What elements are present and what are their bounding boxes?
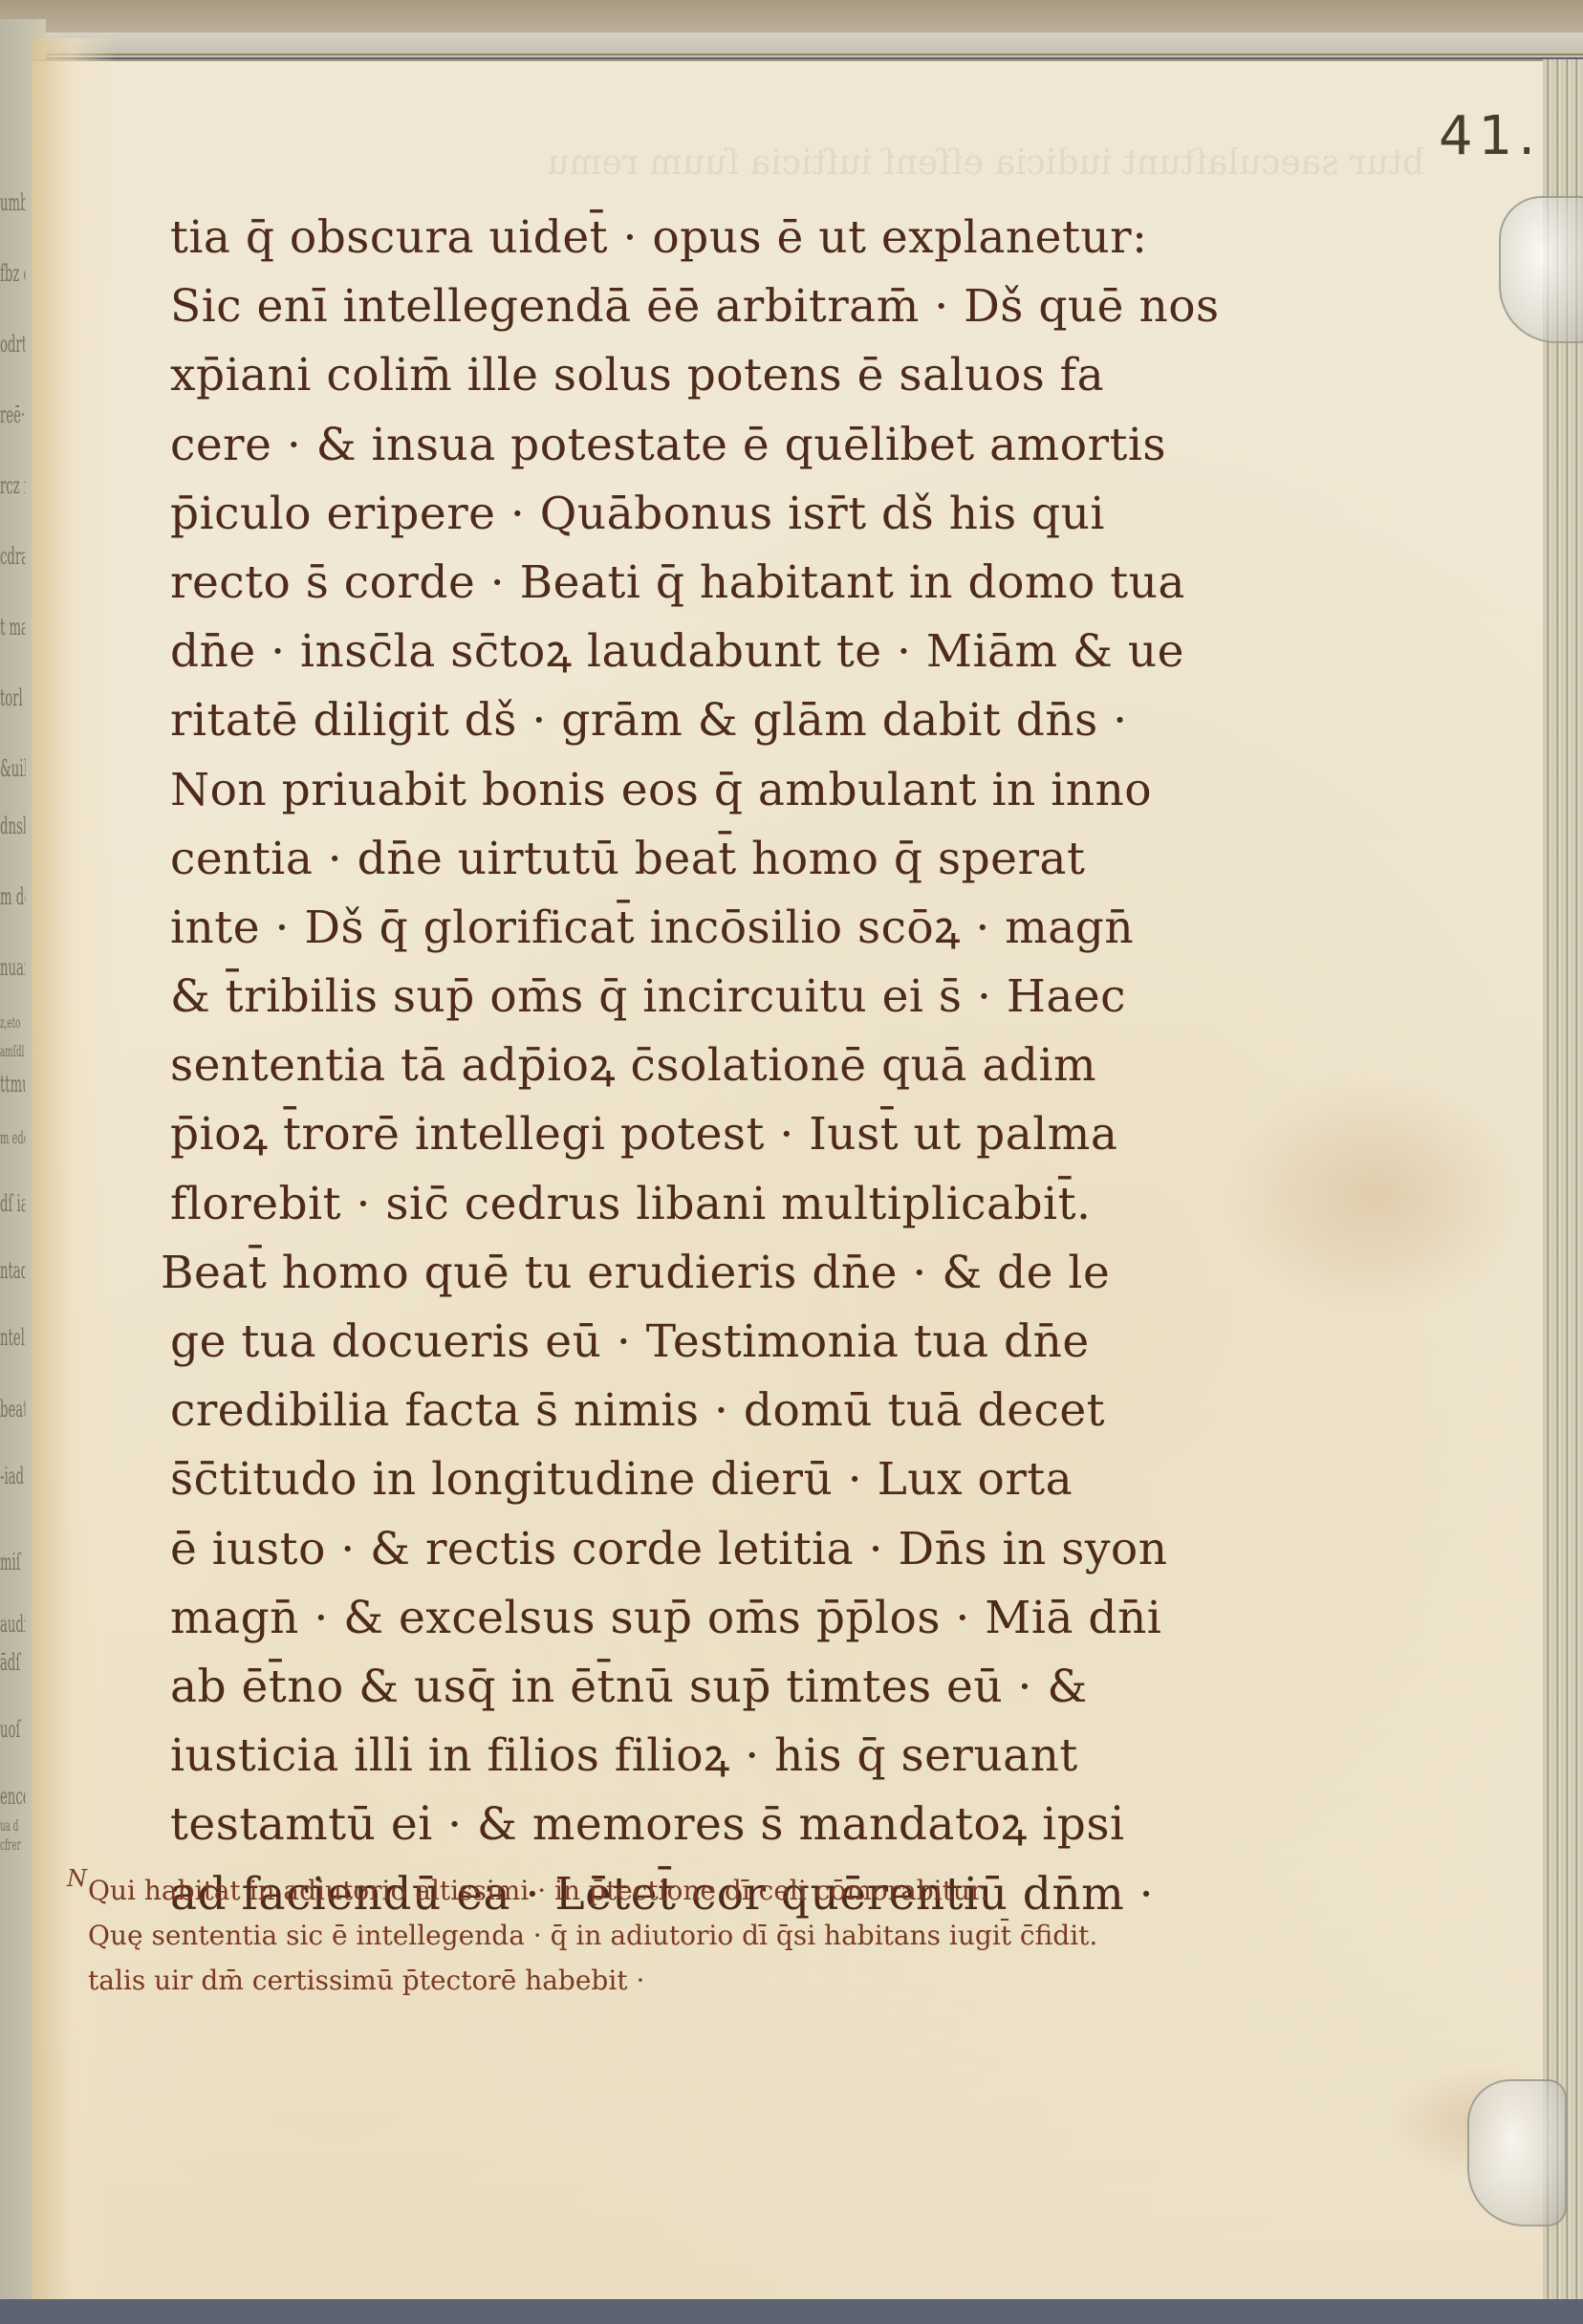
glass-page-weight-bottom [1467,2079,1567,2226]
facing-page-fragment: ntell [0,1324,25,1351]
text-line: xp̄iani colim̄ ille solus potens ē saluo… [170,341,1260,410]
text-line: florebit · sic̄ cedrus libani multiplica… [170,1170,1260,1239]
text-line: & t̄ribilis sup̄ om̄s q̄ incircuitu ei s… [170,963,1260,1032]
facing-page-fragment: miſ [0,1549,25,1575]
facing-page-fragment: rcz m [0,472,25,499]
facing-page-fragment: ttmu [0,1071,25,1097]
facing-page-fragment: reē·M [0,402,25,428]
facing-page-fragment: m de [0,883,25,910]
facing-page-fragment: cfrer [0,1835,25,1854]
text-line: ge tua docueris eū · Testimonia tua dn̄e [170,1308,1260,1377]
text-line: p̄ioꝝ t̄rorē intellegi potest · Iust̄ ut… [170,1100,1260,1169]
text-line: Sic enī intellegendā ēē arbitram̄ · Dš q… [170,272,1260,341]
text-line: ab ēt̄no & usq̄ in ēt̄nū sup̄ timtes eū … [170,1653,1260,1722]
text-line: sententia tā adp̄ioꝝ c̄solationē quā adi… [170,1032,1260,1100]
parchment-stain [1224,1071,1529,1319]
page-stack-right-edge [1543,59,1583,2299]
facing-page-fragment: ntad [0,1257,25,1284]
facing-page-fragment: ua d [0,1816,25,1835]
background-surface [0,2299,1583,2324]
text-line: tia q̄ obscura uidet̄ · opus ē ut explan… [170,204,1260,272]
gloss-line: Qui habitat in adiutorio altissimi · in … [88,1869,1273,1914]
text-line: testamtū ei̇ · & memores s̄ mandatoꝝ ips… [170,1791,1260,1859]
text-line: s̄c̄titudo in longitudine dierū · Lux or… [170,1445,1260,1514]
facing-page-fragment: t mal [0,614,25,641]
facing-page-fragment: torl [0,684,25,711]
gloss-reference-mark: N [67,1865,87,1892]
facing-page-fragment: cdral [0,543,25,570]
text-line: inte · Dš q̄ glorificat̄ incōsilio scōꝝ … [170,894,1260,963]
facing-page-fragment: dſ iad [0,1190,25,1217]
facing-page-fragment: ādſ [0,1649,25,1676]
facing-page-fragment: ence [0,1783,25,1810]
text-line: p̄iculo eripere · Quābonus isr̄t dš his … [170,480,1260,549]
facing-page-fragment: umbl [0,189,25,216]
facing-page-fragment: fbz d [0,260,25,287]
text-line: magn̄ · & excelsus sup̄ om̄s p̄p̄los · M… [170,1584,1260,1653]
text-line: Beat̄ homo quē tu erudieris dn̄e · & de … [161,1239,1260,1308]
gloss-line: talis uir dm̄ certissimū p̄tectorē habeb… [88,1959,1273,2004]
main-text-block: tia q̄ obscura uidet̄ · opus ē ut explan… [170,204,1260,1929]
text-line: Non priuabit bonis eos q̄ ambulant in in… [170,756,1260,825]
facing-page-fragment: audi [0,1611,25,1638]
folio-number: 41. [1439,105,1541,167]
page-stack-top [29,33,1583,55]
facing-page-fragment: &uil [0,755,25,782]
text-line: centia · dn̄e uirtutū beat̄ homo q̄ sper… [170,825,1260,894]
text-line: credibilia facta s̄ nimis · domū tuā dec… [170,1377,1260,1445]
facing-page-fragment: odrt [0,331,25,358]
text-line: iusticia illi̇ in filios filioꝝ · his q̄… [170,1722,1260,1791]
facing-page-fragment: beat [0,1396,25,1423]
text-line: cere · & insua potestate ē quēlibet amor… [170,411,1260,480]
gloss-line: Quę sententia sic ē intellegenda · q̄ in… [88,1914,1273,1959]
facing-page-fragment: uoſ [0,1716,25,1743]
text-line: ritatē diligit dš · grām & glām dabit dn… [170,686,1260,755]
text-line: recto s̄ corde · Beati q̄ habitant in do… [170,549,1260,618]
facing-page-fragment: -iad [0,1463,25,1489]
glass-page-weight-top [1499,196,1583,343]
book-top-edge [0,0,1583,57]
facing-page-fragment: z,eto [0,1013,25,1032]
facing-page-fragment: m edo [0,1128,25,1148]
facing-page-fragment: dnsl [0,813,25,839]
text-line: ē iusto · & rectis corde letitia · Dn̄s … [170,1515,1260,1584]
text-line: dn̄e · insc̄la sc̄toꝝ laudabunt te · Miā… [170,618,1260,686]
bleed-through-text: b̄tur saeculaſtunt iudicia eſſenſ iuſtic… [201,143,1424,183]
facing-page-fragment: amſdl [0,1042,25,1060]
marginal-gloss: N Qui habitat in adiutorio altissimi · i… [88,1869,1273,2004]
facing-page-fragment: nuaſ [0,954,25,981]
